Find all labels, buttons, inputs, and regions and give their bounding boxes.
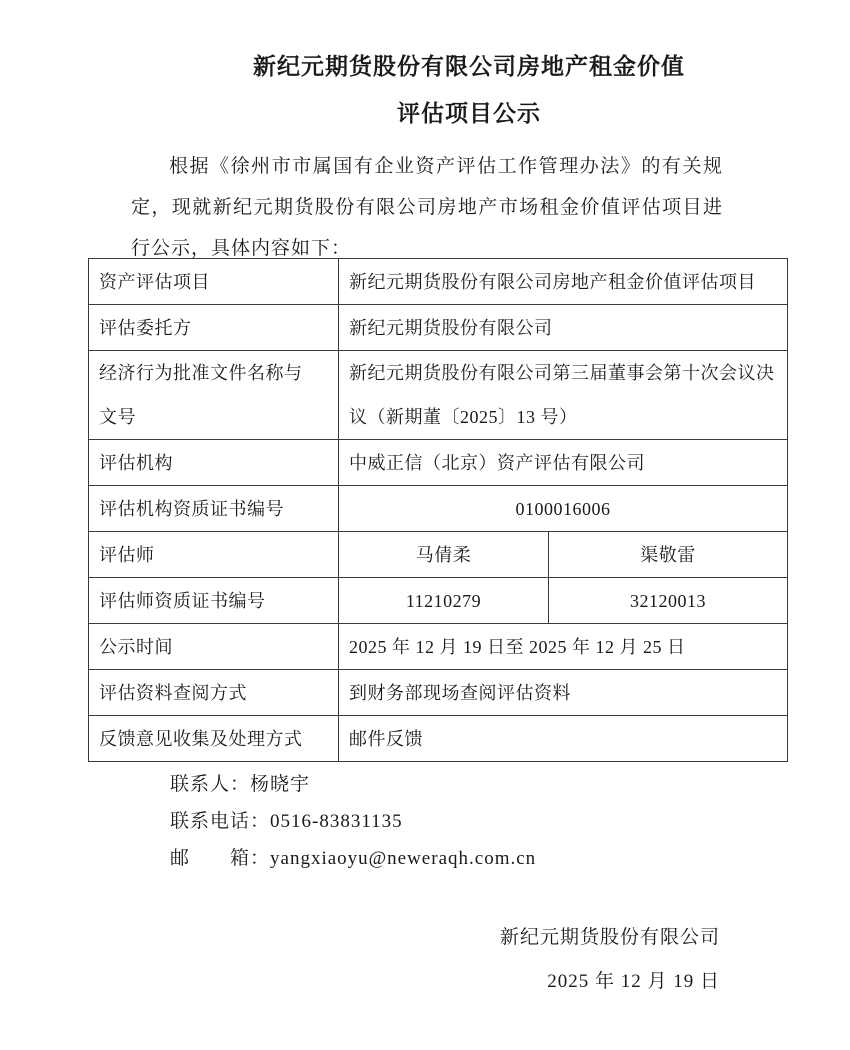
intro-paragraph: 根据《徐州市市属国有企业资产评估工作管理办法》的有关规定，现就新纪元期货股份有限… bbox=[131, 146, 723, 269]
doc-title: 新纪元期货股份有限公司房地产租金价值 评估项目公示 bbox=[0, 0, 850, 137]
row-label: 评估资料查阅方式 bbox=[89, 670, 339, 716]
signature-company: 新纪元期货股份有限公司 bbox=[0, 916, 720, 960]
row-value-cert-1: 11210279 bbox=[339, 578, 549, 624]
contact-email-label: 邮 箱： bbox=[170, 848, 270, 869]
contact-email-line: 邮 箱：yangxiaoyu@neweraqh.com.cn bbox=[170, 840, 850, 877]
row-value-cert-2: 32120013 bbox=[549, 578, 788, 624]
table-row-appraisers: 评估师 马倩柔 渠敬雷 bbox=[89, 532, 788, 578]
contact-phone-value: 0516-83831135 bbox=[270, 811, 403, 832]
contact-block: 联系人：杨晓宇 联系电话：0516-83831135 邮 箱：yangxiaoy… bbox=[170, 766, 850, 877]
doc-title-line2: 评估项目公示 bbox=[88, 90, 850, 137]
row-value: 新纪元期货股份有限公司房地产租金价值评估项目 bbox=[339, 259, 788, 305]
row-value-appraiser-1: 马倩柔 bbox=[339, 532, 549, 578]
table-row-agency: 评估机构 中威正信（北京）资产评估有限公司 bbox=[89, 440, 788, 486]
row-label: 公示时间 bbox=[89, 624, 339, 670]
contact-person-line: 联系人：杨晓宇 bbox=[170, 766, 850, 803]
signature-date: 2025 年 12 月 19 日 bbox=[0, 960, 720, 1004]
table-row-appraiser-cert-no: 评估师资质证书编号 11210279 32120013 bbox=[89, 578, 788, 624]
doc-title-line1: 新纪元期货股份有限公司房地产租金价值 bbox=[88, 43, 850, 90]
contact-phone-line: 联系电话：0516-83831135 bbox=[170, 803, 850, 840]
table-row-approval-doc: 经济行为批准文件名称与文号 新纪元期货股份有限公司第三届董事会第十次会议决议（新… bbox=[89, 351, 788, 440]
row-value: 2025 年 12 月 19 日至 2025 年 12 月 25 日 bbox=[339, 624, 788, 670]
contact-email-value: yangxiaoyu@neweraqh.com.cn bbox=[270, 848, 536, 869]
row-label: 评估机构资质证书编号 bbox=[89, 486, 339, 532]
row-value-appraiser-2: 渠敬雷 bbox=[549, 532, 788, 578]
contact-phone-label: 联系电话： bbox=[170, 811, 270, 832]
table-row-feedback-method: 反馈意见收集及处理方式 邮件反馈 bbox=[89, 716, 788, 762]
contact-person-value: 杨晓宇 bbox=[250, 774, 310, 795]
table-row-project: 资产评估项目 新纪元期货股份有限公司房地产租金价值评估项目 bbox=[89, 259, 788, 305]
row-value: 中威正信（北京）资产评估有限公司 bbox=[339, 440, 788, 486]
table-row-client: 评估委托方 新纪元期货股份有限公司 bbox=[89, 305, 788, 351]
row-value: 新纪元期货股份有限公司 bbox=[339, 305, 788, 351]
row-value: 邮件反馈 bbox=[339, 716, 788, 762]
table-row-review-method: 评估资料查阅方式 到财务部现场查阅评估资料 bbox=[89, 670, 788, 716]
row-label: 反馈意见收集及处理方式 bbox=[89, 716, 339, 762]
signature-block: 新纪元期货股份有限公司 2025 年 12 月 19 日 bbox=[0, 916, 850, 1004]
row-label: 评估师 bbox=[89, 532, 339, 578]
row-value: 0100016006 bbox=[339, 486, 788, 532]
row-value: 新纪元期货股份有限公司第三届董事会第十次会议决议（新期董〔2025〕13 号） bbox=[339, 351, 788, 440]
row-label: 评估委托方 bbox=[89, 305, 339, 351]
document-page: 新纪元期货股份有限公司房地产租金价值 评估项目公示 根据《徐州市市属国有企业资产… bbox=[0, 0, 850, 1050]
table-row-agency-cert-no: 评估机构资质证书编号 0100016006 bbox=[89, 486, 788, 532]
row-label: 经济行为批准文件名称与文号 bbox=[89, 351, 339, 440]
row-label: 评估机构 bbox=[89, 440, 339, 486]
table-row-publicity-period: 公示时间 2025 年 12 月 19 日至 2025 年 12 月 25 日 bbox=[89, 624, 788, 670]
contact-person-label: 联系人： bbox=[170, 774, 250, 795]
assessment-table: 资产评估项目 新纪元期货股份有限公司房地产租金价值评估项目 评估委托方 新纪元期… bbox=[88, 258, 788, 762]
row-label: 评估师资质证书编号 bbox=[89, 578, 339, 624]
row-value: 到财务部现场查阅评估资料 bbox=[339, 670, 788, 716]
